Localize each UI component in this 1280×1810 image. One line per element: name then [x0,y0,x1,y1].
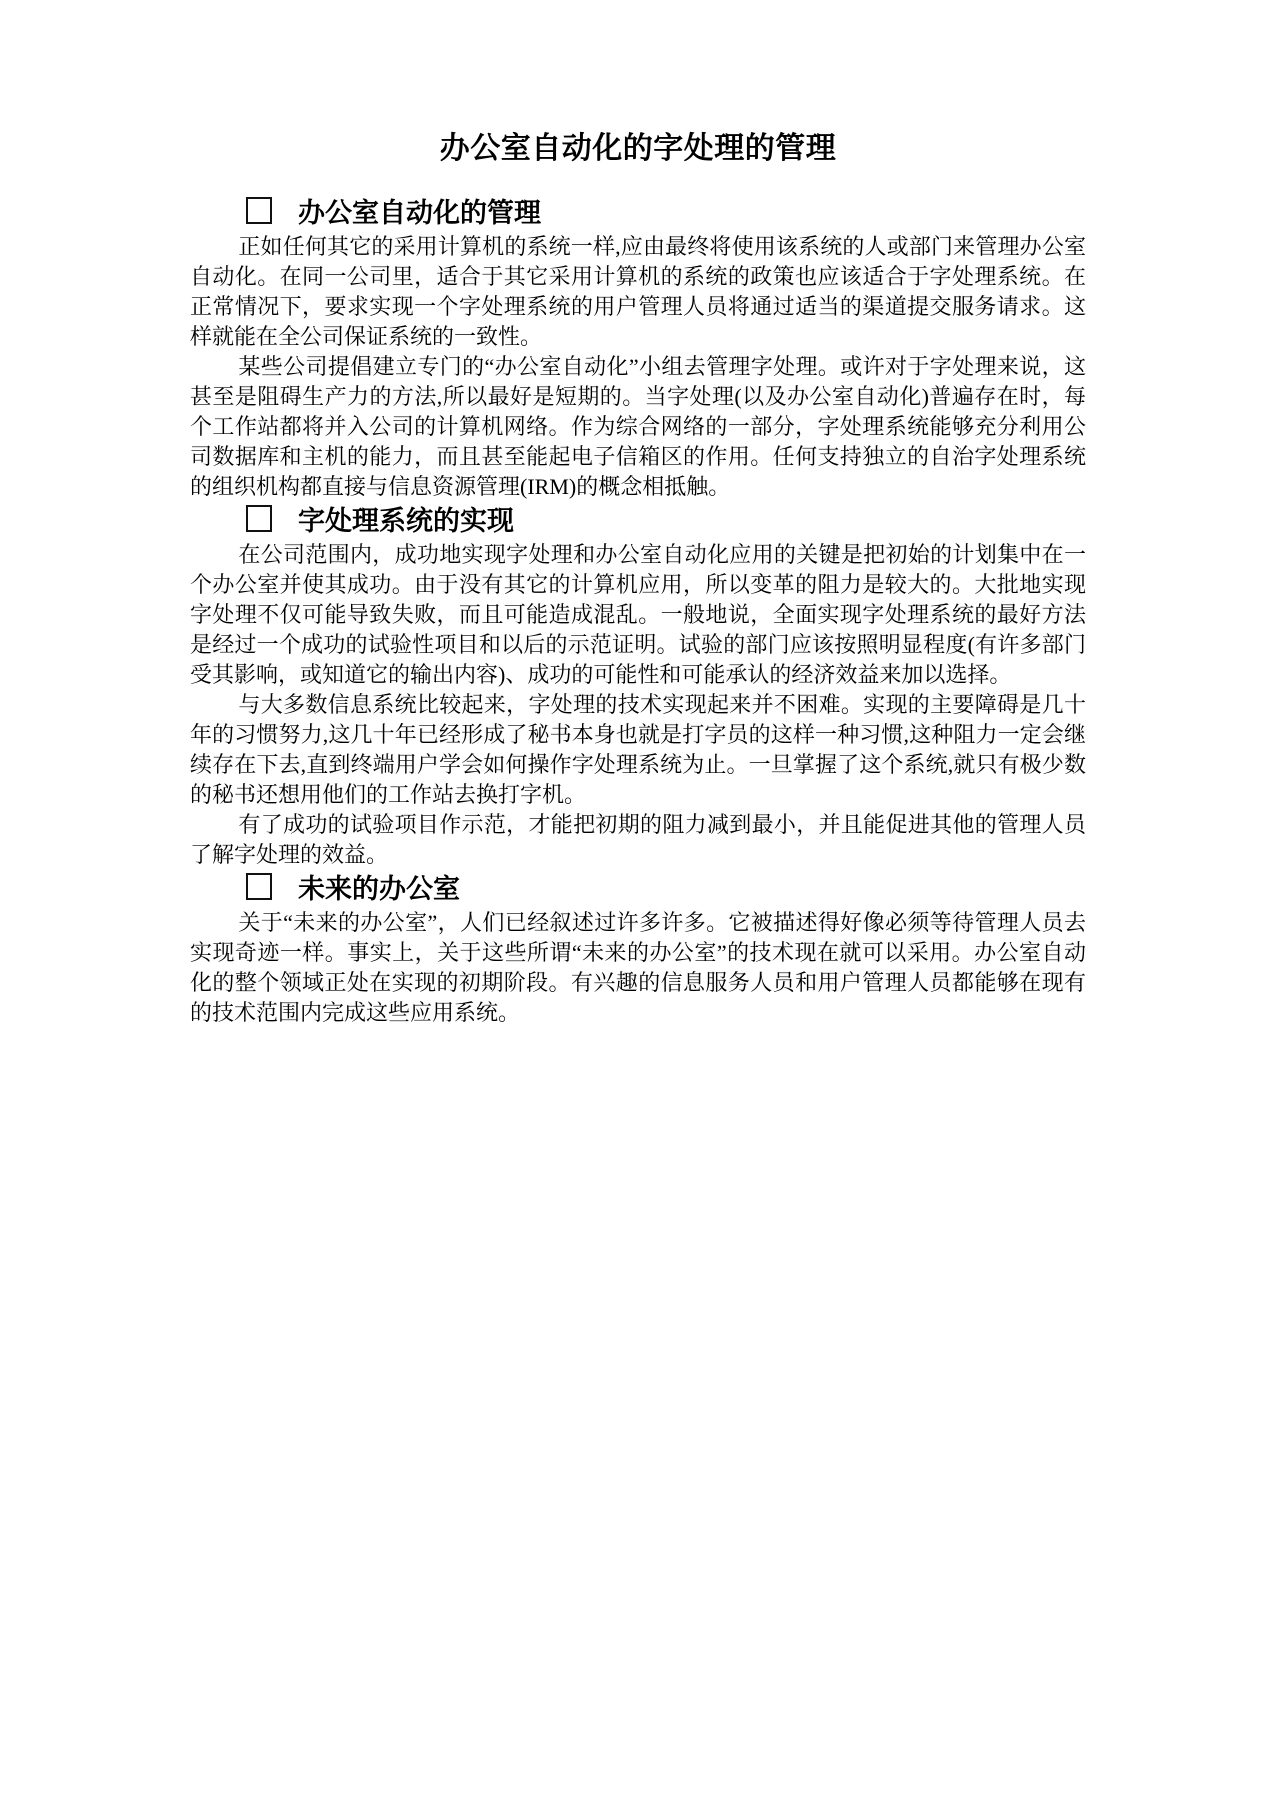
document-page: 办公室自动化的字处理的管理 办公室自动化的管理 正如任何其它的采用计算机的系统一… [0,0,1280,1068]
square-outline-icon [246,197,272,224]
section-word-processing-implementation: 字处理系统的实现 在公司范围内，成功地实现字处理和办公室自动化应用的关键是把初始… [190,504,1086,870]
paragraph: 某些公司提倡建立专门的“办公室自动化”小组去管理字处理。或许对于字处理来说，这甚… [190,352,1086,502]
document-title: 办公室自动化的字处理的管理 [190,128,1086,170]
section-future-office: 未来的办公室 关于“未来的办公室”，人们已经叙述过许多许多。它被描述得好像必须等… [190,872,1086,1028]
section-heading: 办公室自动化的管理 [190,196,1086,230]
paragraph: 与大多数信息系统比较起来，字处理的技术实现起来并不困难。实现的主要障碍是几十年的… [190,690,1086,810]
paragraph: 在公司范围内，成功地实现字处理和办公室自动化应用的关键是把初始的计划集中在一个办… [190,540,1086,690]
section-heading-text: 字处理系统的实现 [298,506,514,536]
section-heading: 未来的办公室 [190,872,1086,906]
square-outline-icon [246,505,272,532]
section-office-automation-management: 办公室自动化的管理 正如任何其它的采用计算机的系统一样,应由最终将使用该系统的人… [190,196,1086,502]
section-heading-text: 未来的办公室 [298,874,460,904]
section-heading: 字处理系统的实现 [190,504,1086,538]
paragraph: 关于“未来的办公室”，人们已经叙述过许多许多。它被描述得好像必须等待管理人员去实… [190,908,1086,1028]
paragraph: 正如任何其它的采用计算机的系统一样,应由最终将使用该系统的人或部门来管理办公室自… [190,232,1086,352]
paragraph: 有了成功的试验项目作示范，才能把初期的阻力减到最小，并且能促进其他的管理人员了解… [190,810,1086,870]
square-outline-icon [246,873,272,900]
section-heading-text: 办公室自动化的管理 [298,198,541,228]
